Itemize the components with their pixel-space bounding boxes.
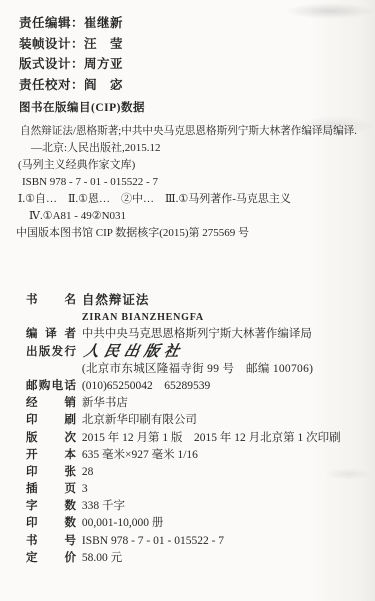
cip-data-block: 图书在版编目(CIP)数据 自然辩证法/恩格斯著;中共中央马克思恩格斯列宁斯大林… [0,99,375,242]
field-label: 出版发行 [26,344,76,361]
field-label: 印数 [26,515,76,532]
staff-role-label: 装帧设计： [19,37,84,51]
field-label: 字数 [26,498,76,515]
colophon-row-edition: 版次 2015 年 12 月第 1 版 2015 年 12 月北京第 1 次印刷 [26,430,375,447]
field-label: 书号 [26,533,76,550]
staff-credits-block: 责任编辑：崔继新 装帧设计：汪 莹 版式设计：周方亚 责任校对：阎 宓 [19,13,123,95]
field-label: 邮购电话 [26,378,76,395]
field-label: 印刷 [26,412,76,429]
cip-classification-line: Ⅰ.①自… Ⅱ.①恩… ②中… Ⅲ.①马列著作-马克思主义 [18,191,375,208]
book-title: 自然辩证法 [82,293,150,307]
colophon-row-printer: 印刷 北京新华印刷有限公司 [26,412,375,429]
colophon-row-translator: 编译者 中共中央马克思恩格斯列宁斯大林著作编译局 [26,326,375,343]
staff-role-label: 责任编辑： [19,16,84,30]
field-label: 编译者 [26,326,76,343]
cip-line: (马列主义经典作家文库) [18,157,375,174]
book-copyright-page: 责任编辑：崔继新 装帧设计：汪 莹 版式设计：周方亚 责任校对：阎 宓 图书在版… [0,0,375,601]
field-value: 28 [82,466,94,478]
cip-registry-line: 中国版本图书馆 CIP 数据核字(2015)第 275569 号 [16,225,375,242]
field-value: 338 千字 [82,500,125,512]
colophon-row-format: 开本 635 毫米×927 毫米 1/16 [26,447,375,464]
scan-smudge [285,3,375,19]
cip-line: 自然辩证法/恩格斯著;中共中央马克思恩格斯列宁斯大林著作编译局编译. [20,123,375,140]
colophon-row-price: 定价 58.00 元 [26,550,375,567]
colophon-row-printrun: 印数 00,001-10,000 册 [26,515,375,532]
field-value: 635 毫米×927 毫米 1/16 [82,449,198,461]
field-value: (010)65250042 65289539 [82,380,210,392]
field-value: 3 [82,483,88,495]
colophon-row-pinyin: ZIRAN BIANZHENGFA [26,309,375,326]
field-value: 2015 年 12 月第 1 版 2015 年 12 月北京第 1 次印刷 [82,432,341,444]
colophon-row-isbn: 书号 ISBN 978 - 7 - 01 - 015522 - 7 [26,533,375,550]
field-label: 开本 [26,447,76,464]
colophon-row-publisher: 出版发行 人民出版社 [26,344,375,361]
field-value: 北京新华印刷有限公司 [82,414,197,426]
staff-person-name: 崔继新 [84,16,123,30]
colophon-row-distributor: 经销 新华书店 [26,395,375,412]
cip-heading: 图书在版编目(CIP)数据 [19,99,375,115]
cip-line: —北京:人民出版社,2015.12 [31,140,375,157]
staff-person-name: 汪 莹 [84,37,123,51]
colophon-row-phone: 邮购电话 (010)65250042 65289539 [26,378,375,395]
cip-classification-line: Ⅳ.①A81 - 49②N031 [29,208,375,225]
field-value: 58.00 元 [82,552,122,564]
colophon-row-wordcount: 字数 338 千字 [26,498,375,515]
cip-isbn-line: ISBN 978 - 7 - 01 - 015522 - 7 [22,174,375,191]
publisher-logotype: 人民出版社 [82,344,186,361]
publisher-address: (北京市东城区隆福寺街 99 号 邮编 100706) [82,363,313,375]
staff-row: 版式设计：周方亚 [19,54,123,75]
field-label: 定价 [26,550,76,567]
field-value: 00,001-10,000 册 [82,517,163,529]
staff-person-name: 周方亚 [84,57,123,71]
field-label: 版次 [26,430,76,447]
field-label: 插页 [26,481,76,498]
colophon-block: 书名 自然辩证法 ZIRAN BIANZHENGFA 编译者 中共中央马克思恩格… [26,292,375,567]
colophon-row-sheets: 印张 28 [26,464,375,481]
field-label: 印张 [26,464,76,481]
staff-role-label: 责任校对： [19,78,84,92]
colophon-row-inserts: 插页 3 [26,481,375,498]
field-label: 经销 [26,395,76,412]
field-value: 新华书店 [82,397,128,409]
field-value: ISBN 978 - 7 - 01 - 015522 - 7 [82,535,224,547]
staff-role-label: 版式设计： [19,57,84,71]
staff-row: 装帧设计：汪 莹 [19,34,123,55]
colophon-row-book-title: 书名 自然辩证法 [26,292,375,309]
field-label: 书名 [26,292,76,309]
staff-person-name: 阎 宓 [84,78,123,92]
field-value: 中共中央马克思恩格斯列宁斯大林著作编译局 [82,328,312,340]
colophon-row-address: (北京市东城区隆福寺街 99 号 邮编 100706) [26,361,375,378]
staff-row: 责任校对：阎 宓 [19,75,123,96]
book-title-pinyin: ZIRAN BIANZHENGFA [82,312,204,323]
staff-row: 责任编辑：崔继新 [19,13,123,34]
